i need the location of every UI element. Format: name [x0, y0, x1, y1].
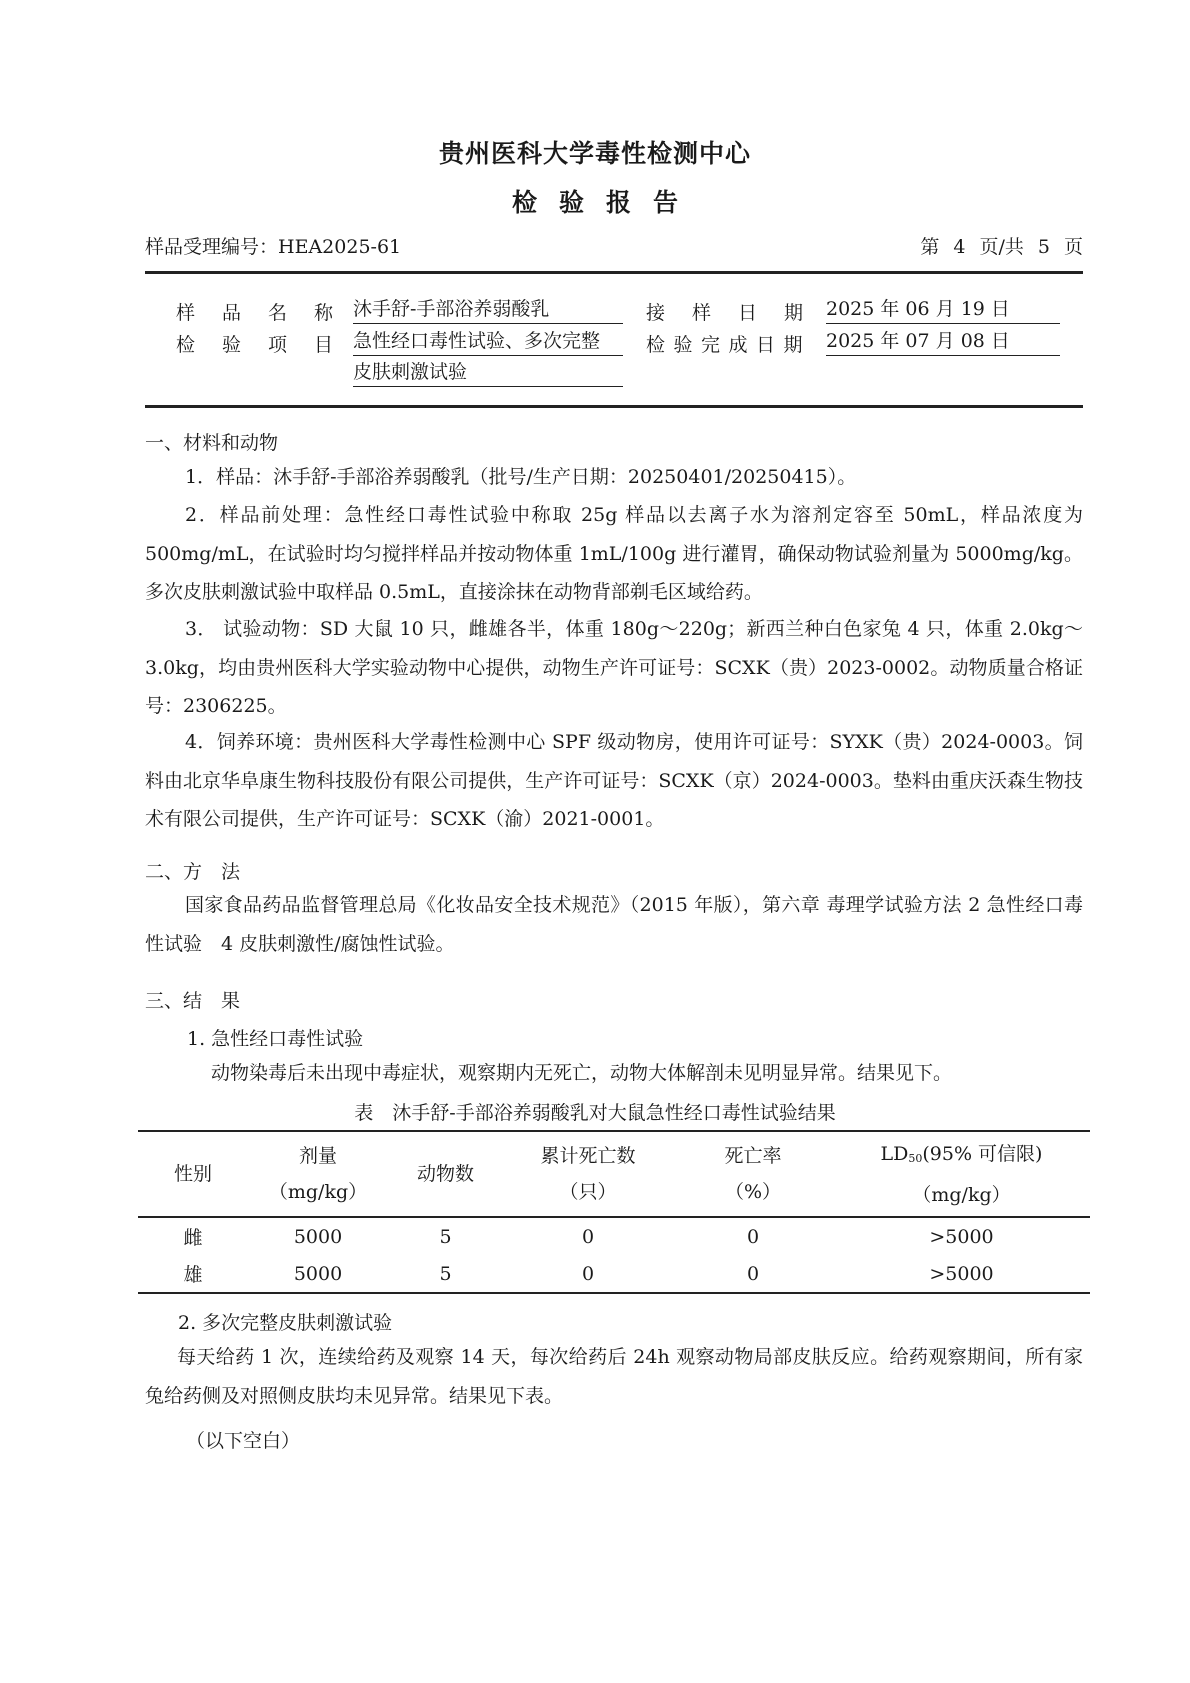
sub1-title: 1. 急性经口毒性试验 [187, 1024, 363, 1051]
info-rule [145, 405, 1083, 408]
receive-date-label: 接样日期 [646, 298, 803, 325]
table-caption: 表 沐手舒-手部浴养弱酸乳对大鼠急性经口毒性试验结果 [0, 1098, 1190, 1125]
header-ld50: LD50(95% 可信限)（mg/kg） [833, 1131, 1090, 1217]
test-items-value-line2: 皮肤刺激试验 [353, 359, 623, 387]
test-items-label: 检验项目 [176, 330, 333, 357]
section1-heading: 一、材料和动物 [145, 428, 278, 455]
label-char: 目 [314, 330, 333, 357]
cell-ld50: >5000 [833, 1217, 1090, 1255]
page-suffix: 页 [1064, 236, 1083, 258]
section2-heading: 二、方 法 [145, 857, 240, 884]
complete-date-value: 2025 年 07 月 08 日 [826, 328, 1060, 356]
page-mid: 页/共 [979, 236, 1023, 258]
label-char: 完 [701, 330, 729, 357]
test-items-value-line1: 急性经口毒性试验、多次完整 [353, 328, 623, 356]
header-cumulative-deaths: 累计死亡数（只） [503, 1131, 673, 1217]
label-char: 样 [176, 298, 222, 325]
label-char: 日 [738, 298, 784, 325]
sample-number-value: HEA2025-61 [278, 236, 401, 258]
blank-note: （以下空白） [186, 1426, 300, 1453]
cell-deaths: 0 [503, 1217, 673, 1255]
label-char: 检 [646, 330, 674, 357]
label-char: 验 [222, 330, 268, 357]
sample-name-label: 样品名称 [176, 298, 333, 325]
label-char: 称 [314, 298, 333, 325]
cell-mortality: 0 [673, 1255, 833, 1293]
cell-animal-count: 5 [388, 1217, 503, 1255]
sub2-text: 每天给药 1 次，连续给药及观察 14 天，每次给药后 24h 观察动物局部皮肤… [145, 1338, 1083, 1415]
report-title: 检验报告 [0, 183, 1190, 219]
cell-sex: 雌 [138, 1217, 248, 1255]
sub2-title: 2. 多次完整皮肤刺激试验 [178, 1308, 392, 1335]
header-rule [145, 271, 1083, 274]
table-row: 雌 5000 5 0 0 >5000 [138, 1217, 1090, 1255]
cell-mortality: 0 [673, 1217, 833, 1255]
cell-sex: 雄 [138, 1255, 248, 1293]
cell-deaths: 0 [503, 1255, 673, 1293]
complete-date-label: 检验完成日期 [646, 330, 803, 357]
sample-name-value: 沐手舒-手部浴养弱酸乳 [353, 296, 623, 324]
org-title: 贵州医科大学毒性检测中心 [0, 134, 1190, 170]
label-char: 检 [176, 330, 222, 357]
section1-item4: 4．饲养环境：贵州医科大学毒性检测中心 SPF 级动物房，使用许可证号：SYXK… [145, 723, 1083, 839]
header-dose: 剂量（mg/kg） [248, 1131, 388, 1217]
cell-animal-count: 5 [388, 1255, 503, 1293]
label-char: 期 [784, 330, 803, 357]
label-char: 期 [784, 298, 803, 325]
label-char: 名 [268, 298, 314, 325]
cell-dose: 5000 [248, 1255, 388, 1293]
table-header-row: 性别 剂量（mg/kg） 动物数 累计死亡数（只） 死亡率（%） LD50(95… [138, 1131, 1090, 1217]
label-char: 日 [756, 330, 784, 357]
page-indicator: 第4页/共5页 [920, 232, 1083, 259]
label-char: 品 [222, 298, 268, 325]
cell-ld50: >5000 [833, 1255, 1090, 1293]
table-row: 雄 5000 5 0 0 >5000 [138, 1255, 1090, 1293]
section1-item3: 3． 试验动物：SD 大鼠 10 只，雌雄各半，体重 180g～220g；新西兰… [145, 610, 1083, 726]
section3-heading: 三、结 果 [145, 986, 240, 1013]
cell-dose: 5000 [248, 1217, 388, 1255]
sub1-text: 动物染毒后未出现中毒症状，观察期内无死亡，动物大体解剖未见明显异常。结果见下。 [211, 1058, 952, 1085]
section2-text: 国家食品药品监督管理总局《化妆品安全技术规范》（2015 年版），第六章 毒理学… [145, 886, 1083, 963]
section1-item1: 1．样品：沐手舒-手部浴养弱酸乳（批号/生产日期：20250401/202504… [145, 458, 1083, 497]
page-current: 4 [953, 236, 965, 258]
header-sex: 性别 [138, 1131, 248, 1217]
label-char: 成 [729, 330, 757, 357]
sample-number-label: 样品受理编号： [145, 236, 278, 258]
label-char: 样 [692, 298, 738, 325]
label-char: 项 [268, 330, 314, 357]
label-char: 验 [674, 330, 702, 357]
acute-oral-toxicity-table: 性别 剂量（mg/kg） 动物数 累计死亡数（只） 死亡率（%） LD50(95… [138, 1130, 1090, 1294]
label-char: 接 [646, 298, 692, 325]
header-animal-count: 动物数 [388, 1131, 503, 1217]
page-prefix: 第 [920, 236, 939, 258]
receive-date-value: 2025 年 06 月 19 日 [826, 296, 1060, 324]
page-total: 5 [1038, 236, 1050, 258]
sample-number: 样品受理编号：HEA2025-61 [145, 232, 401, 259]
header-mortality: 死亡率（%） [673, 1131, 833, 1217]
section1-item2: 2．样品前处理：急性经口毒性试验中称取 25g 样品以去离子水为溶剂定容至 50… [145, 496, 1083, 612]
